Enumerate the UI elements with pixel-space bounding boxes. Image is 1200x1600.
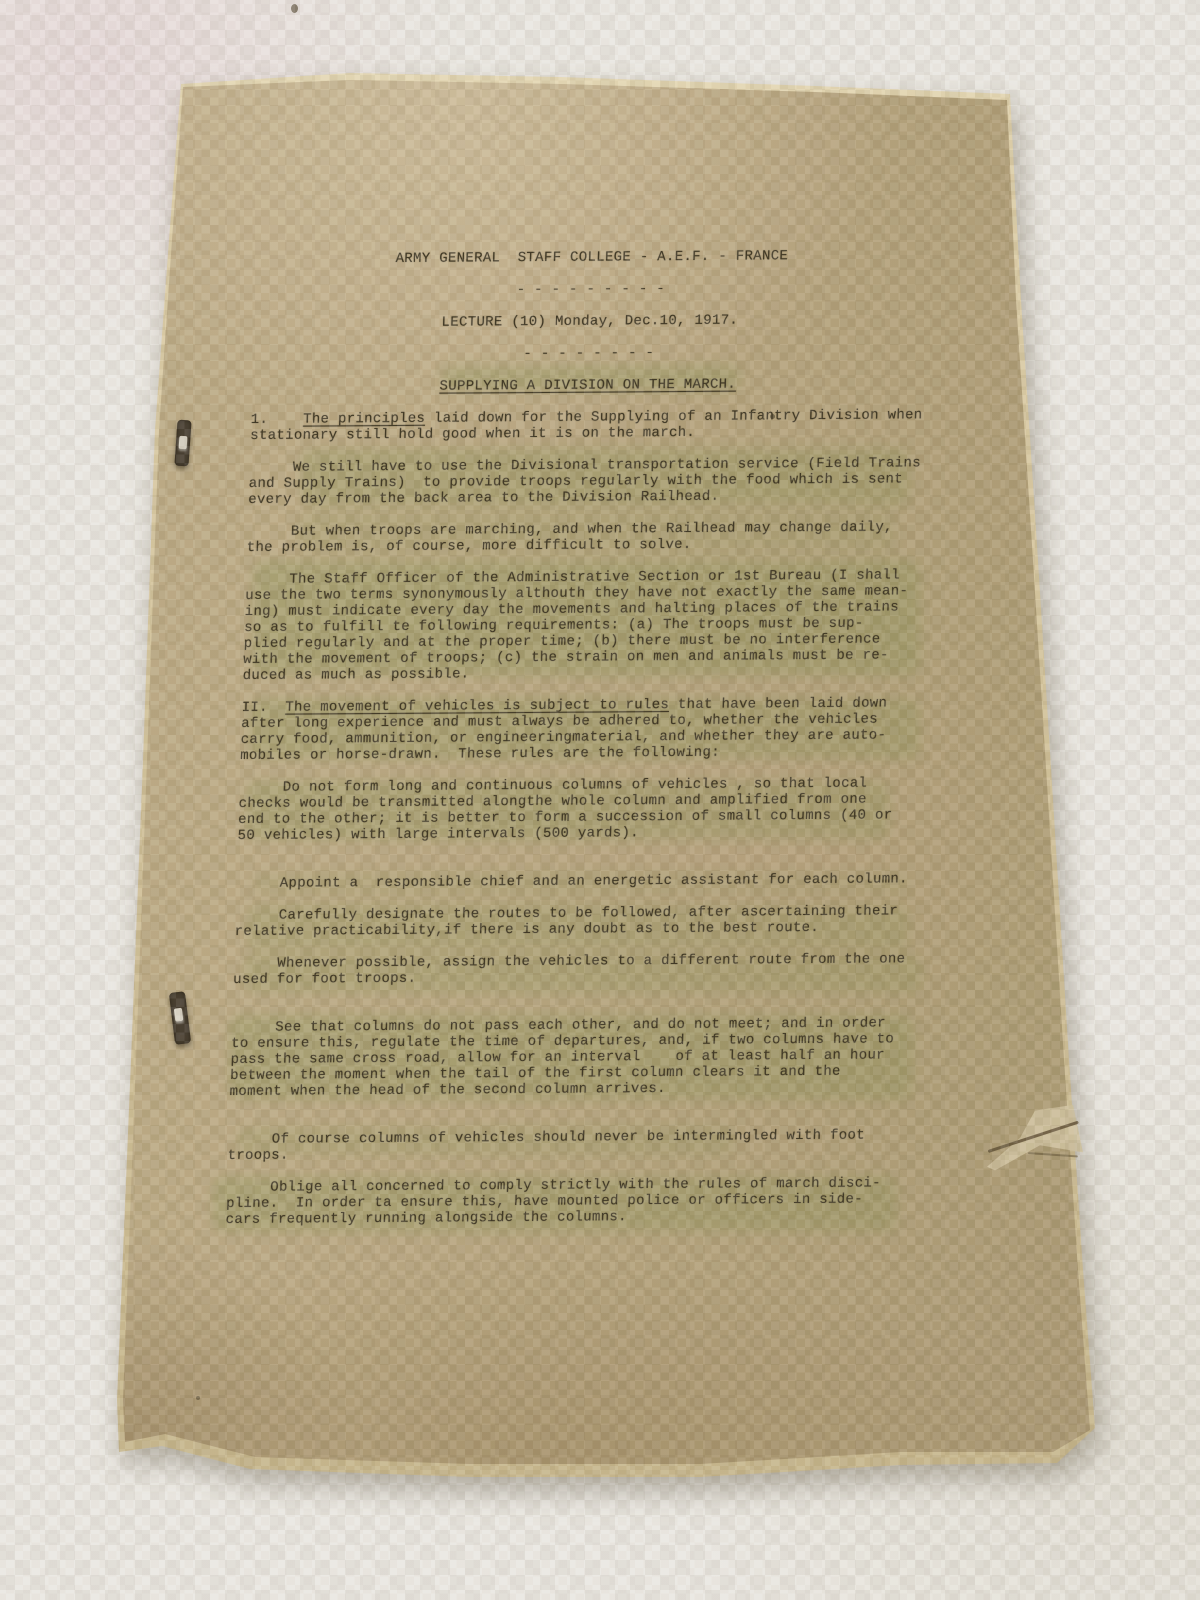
typed-segment: that have been laid down	[669, 695, 888, 713]
typed-segment: the problem is, of course, more difficul…	[246, 537, 691, 556]
typed-segment: LECTURE (10) Monday, Dec.10, 1917.	[441, 313, 738, 331]
staple-glint	[179, 436, 188, 450]
typed-segment: troops.	[227, 1148, 289, 1164]
typed-segment: cars frequently running alongside the co…	[225, 1209, 627, 1228]
underlined-segment: The principles	[303, 411, 426, 428]
typed-segment: 50 vehicles) with large intervals (500 y…	[237, 825, 639, 844]
typed-segment: used for foot troops.	[233, 971, 417, 988]
typed-segment: every day from the back area to the Divi…	[248, 489, 720, 508]
typed-segment: - - - - - - - - -	[516, 281, 665, 298]
underlined-segment: SUPPLYING A DIVISION ON THE MARCH.	[439, 377, 736, 395]
typed-segment: duced as much as possible.	[242, 666, 469, 684]
speck	[291, 4, 298, 13]
typed-segment: mobiles or horse-drawn. These rules are …	[240, 745, 720, 764]
typed-segment: ARMY GENERAL STAFF COLLEGE - A.E.F. - FR…	[395, 248, 788, 267]
typed-segment: 1.	[250, 412, 303, 428]
typed-text: ARMY GENERAL STAFF COLLEGE - A.E.F. - FR…	[225, 247, 928, 1228]
typed-segment: stationary still hold good when it is on…	[250, 425, 695, 444]
speck	[196, 1396, 200, 1400]
typed-segment: - - - - - - - -	[523, 345, 654, 362]
staple-glint	[174, 1008, 184, 1022]
typed-segment: moment when the head of the second colum…	[229, 1081, 666, 1100]
typed-segment: II.	[241, 700, 285, 716]
